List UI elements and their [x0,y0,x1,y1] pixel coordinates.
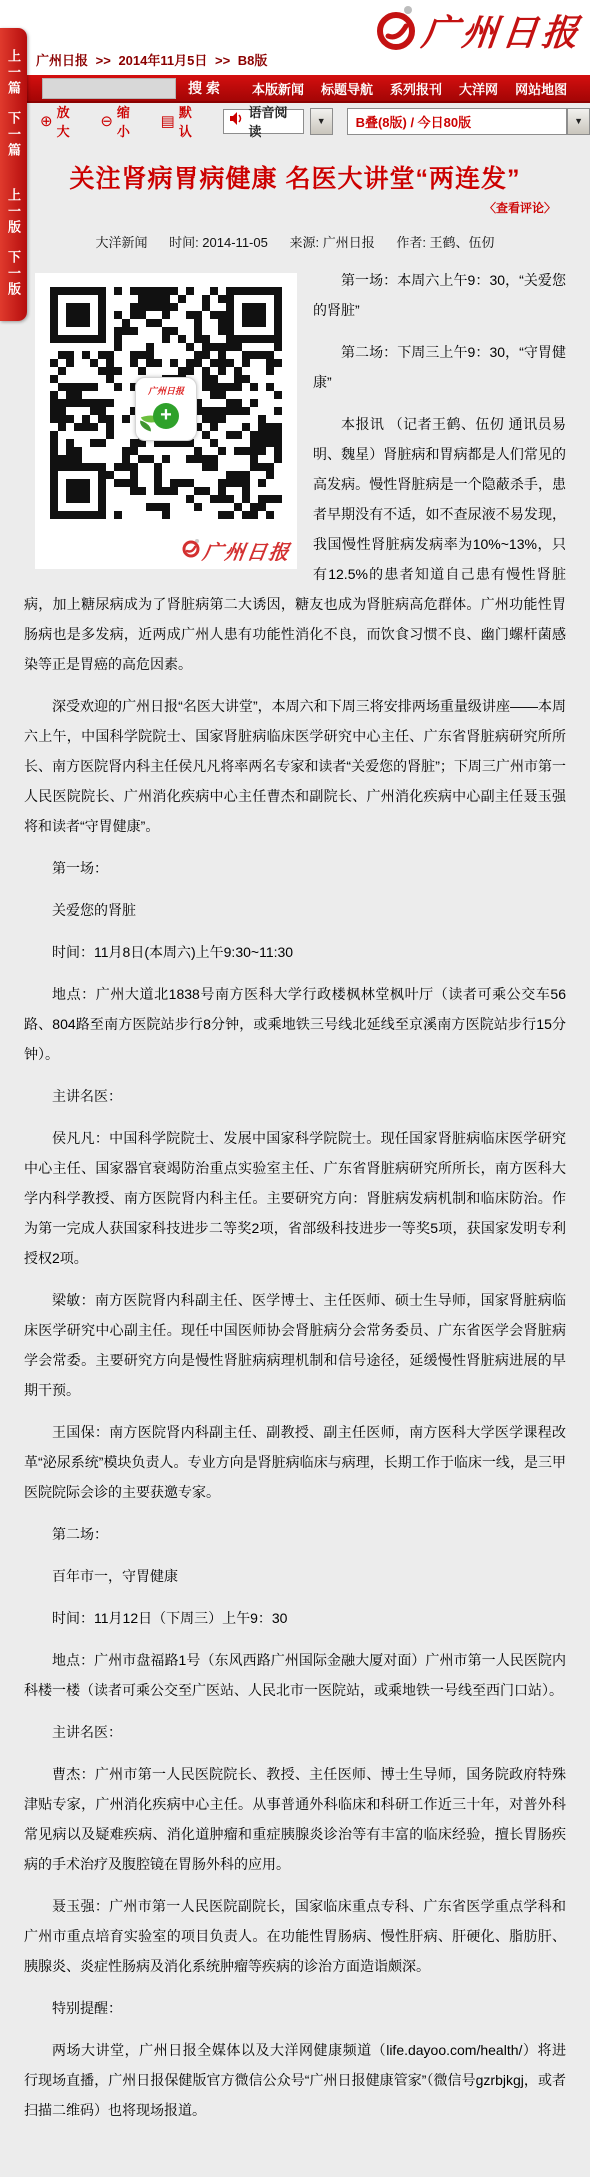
breadcrumb-separator: >> [215,53,230,68]
breadcrumb: 广州日报 >> 2014年11月5日 >> B8版 [36,50,271,69]
edition-select-value: B叠(8版) / 今日80版 [356,112,472,131]
article-meta: 大洋新闻 时间: 2014-11-05 来源: 广州日报 作者: 王鹤、伍仞 [24,232,566,251]
masthead: 广州日报 广州日报 >> 2014年11月5日 >> B8版 [0,0,590,75]
article-title: 关注肾病胃病健康 名医大讲堂“两连发” [24,159,566,195]
meta-author: 作者: 王鹤、伍仞 [396,235,494,250]
article-paragraph: 两场大讲堂，广州日报全媒体以及大洋网健康频道（life.dayoo.com/he… [24,2035,566,2125]
nav-items: 本版新闻标题导航系列报刊大洋网网站地图 [252,79,584,98]
view-comments-link[interactable]: 〈查看评论〉 [484,201,556,215]
nav-item-1[interactable]: 本版新闻 [252,79,304,98]
toolbar: ⊕ 放大 ⊖ 缩小 ▤ 默认 语音阅读 ▼ B叠(8版) / 今日80版 ▼ [0,103,590,139]
zoom-in-icon: ⊕ [40,112,53,130]
watermark-text: 广州日报 [201,536,293,565]
article-paragraph: 梁敏：南方医院肾内科副主任、医学博士、主任医师、硕士生导师，国家肾脏病临床医学研… [24,1285,566,1405]
watermark-swoosh-icon [181,537,203,564]
view-comments: 〈查看评论〉 [24,199,566,216]
page: 上一篇下一篇上一版下一版 广州日报 广州日报 >> 2014年11月5日 >> … [0,0,590,2177]
meta-time: 时间: 2014-11-05 [169,235,268,250]
breadcrumb-paper[interactable]: 广州日报 [36,53,88,68]
logo-text: 广州日报 [419,5,584,56]
logo-swoosh-icon [370,2,422,59]
speaker-icon [230,112,244,130]
article-paragraph: 地点：广州市盘福路1号（东风西路广州国际金融大厦对面）广州市第一人民医院内科楼一… [24,1645,566,1705]
qr-center-logo: 广州日报 + [135,377,197,441]
article-paragraph: 主讲名医： [24,1081,566,1111]
side-tab-3[interactable]: 上一版 [4,188,23,236]
article-paragraph: 时间：11月12日（下周三）上午9：30 [24,1603,566,1633]
side-tab-2[interactable]: 下一篇 [4,111,23,159]
meta-source-site: 大洋新闻 [95,235,147,250]
zoom-in-button[interactable]: ⊕ 放大 [40,102,80,140]
article-paragraph: 时间：11月8日(本周六)上午9:30~11:30 [24,937,566,967]
article-paragraph: 第一场： [24,853,566,883]
voice-reading-label: 语音阅读 [249,102,297,140]
side-tab-1[interactable]: 上一篇 [4,49,23,97]
article-paragraph: 深受欢迎的广州日报“名医大讲堂”，本周六和下周三将安排两场重量级讲座——本周六上… [24,691,566,841]
search-input[interactable] [42,78,176,99]
qr-watermark: 广州日报 [181,536,291,565]
breadcrumb-page[interactable]: B8版 [238,53,268,68]
article-paragraph: 侯凡凡：中国科学院院士、发展中国家科学院院士。现任国家肾脏病临床医学研究中心主任… [24,1123,566,1273]
side-tab-4[interactable]: 下一版 [4,250,23,298]
nav-item-3[interactable]: 系列报刊 [390,79,442,98]
health-cross-icon: + [153,403,179,429]
article-paragraph: 王国保：南方医院肾内科副主任、副教授、副主任医师，南方医科大学医学课程改革“泌尿… [24,1417,566,1507]
search-button[interactable]: 搜索 [188,78,224,98]
meta-origin: 来源: 广州日报 [289,235,374,250]
edition-select[interactable]: B叠(8版) / 今日80版 [347,108,568,135]
breadcrumb-separator: >> [96,53,111,68]
article-paragraph: 百年市一，守胃健康 [24,1561,566,1591]
nav-item-2[interactable]: 标题导航 [321,79,373,98]
article-paragraph: 曹杰：广州市第一人民医院院长、教授、主任医师、博士生导师，国务院政府特殊津贴专家… [24,1759,566,1879]
article-paragraph: 聂玉强：广州市第一人民医院副院长，国家临床重点专科、广东省医学重点学科和广州市重… [24,1891,566,1981]
nav-item-4[interactable]: 大洋网 [459,79,498,98]
default-size-button[interactable]: ▤ 默认 [161,102,203,140]
zoom-out-label: 缩小 [117,102,141,140]
default-size-icon: ▤ [161,112,175,130]
default-size-label: 默认 [179,102,203,140]
voice-reading-control[interactable]: 语音阅读 [223,109,304,134]
newspaper-logo[interactable]: 广州日报 [370,2,582,59]
qr-logo-text: 广州日报 [136,384,196,397]
article-paragraph: 地点：广州大道北1838号南方医科大学行政楼枫林堂枫叶厅（读者可乘公交车56路、… [24,979,566,1069]
zoom-out-button[interactable]: ⊖ 缩小 [100,102,140,140]
zoom-out-icon: ⊖ [100,112,113,130]
breadcrumb-date[interactable]: 2014年11月5日 [118,53,207,68]
top-navbar: 搜索 本版新闻标题导航系列报刊大洋网网站地图 [0,75,590,103]
article-paragraph: 关爱您的肾脏 [24,895,566,925]
voice-dropdown-button[interactable]: ▼ [310,108,333,135]
nav-item-5[interactable]: 网站地图 [515,79,567,98]
article-paragraph: 第二场： [24,1519,566,1549]
article-paragraph: 特别提醒： [24,1993,566,2023]
zoom-in-label: 放大 [57,102,81,140]
qr-code-image: 广州日报 + 广州日报 [35,273,297,569]
article: 关注肾病胃病健康 名医大讲堂“两连发” 〈查看评论〉 大洋新闻 时间: 2014… [0,139,590,2177]
article-paragraph: 主讲名医： [24,1717,566,1747]
side-nav: 上一篇下一篇上一版下一版 [0,28,27,321]
edition-dropdown-button[interactable]: ▼ [567,108,590,135]
